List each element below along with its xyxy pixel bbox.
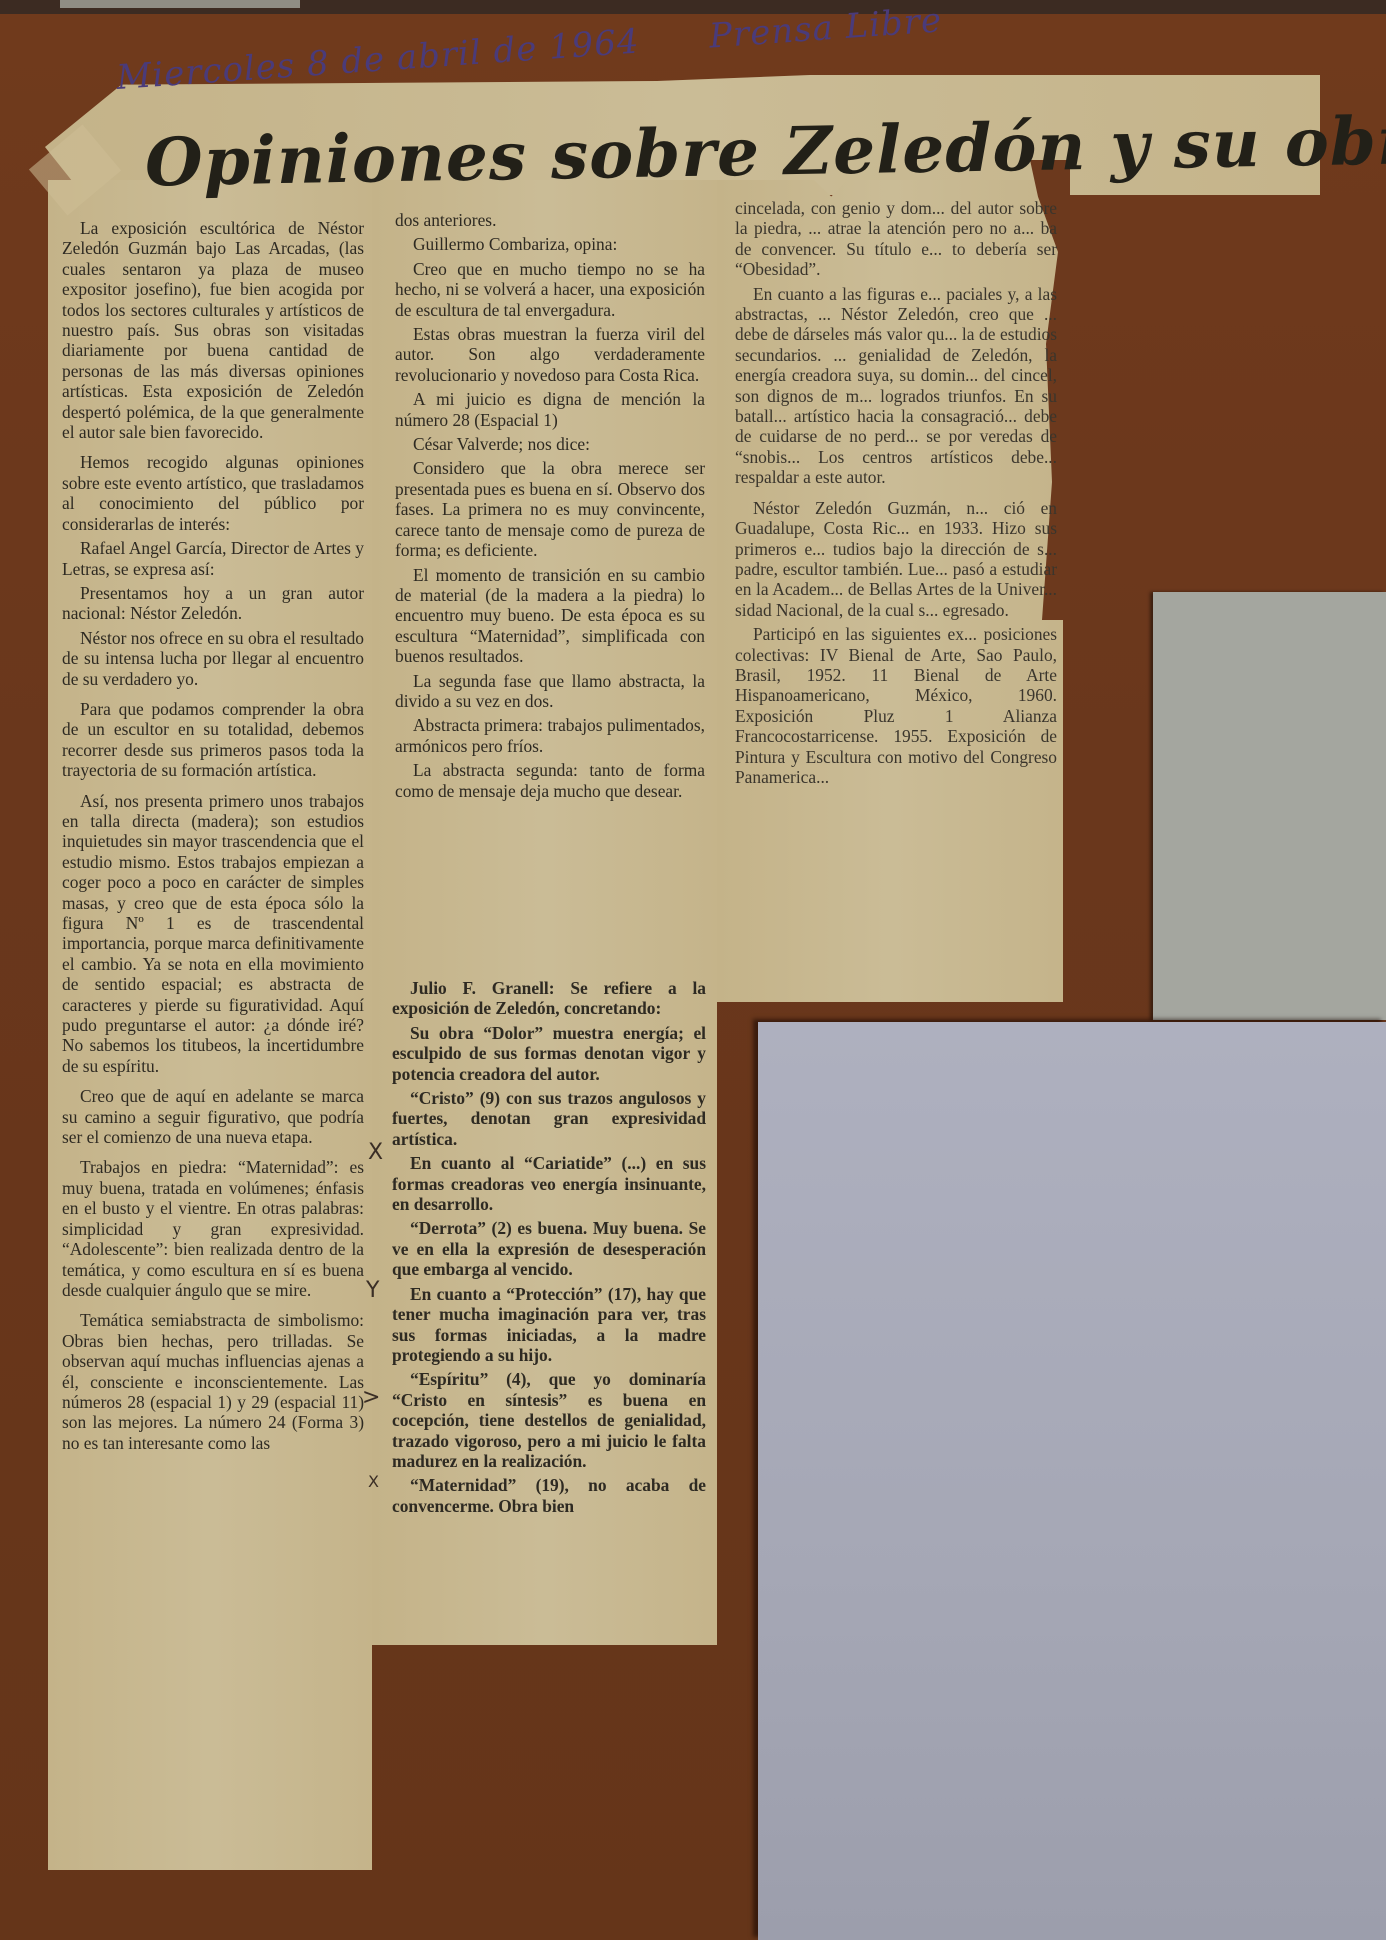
margin-mark-x: X — [368, 1472, 379, 1491]
margin-mark-x: X — [368, 1140, 383, 1165]
paragraph: Hemos recogido algunas opiniones sobre e… — [62, 452, 364, 534]
paragraph: Rafael Angel García, Director de Artes y… — [62, 538, 364, 579]
paragraph: Creo que en mucho tiempo no se ha hecho,… — [395, 259, 705, 320]
paragraph: A mi juicio es digna de mención la númer… — [395, 389, 705, 430]
paragraph: Para que podamos comprender la obra de u… — [62, 699, 364, 781]
paragraph: Guillermo Combariza, opina: — [395, 234, 705, 254]
article-column-2-continued: Julio F. Granell: Se refiere a la exposi… — [392, 978, 706, 1520]
paragraph: En cuanto al “Cariatide” (...) en sus fo… — [392, 1153, 706, 1214]
paragraph: La segunda fase que llamo abstracta, la … — [395, 671, 705, 712]
top-edge-strip — [0, 0, 1386, 14]
paragraph: cincelada, con genio y dom... del autor … — [735, 198, 1057, 280]
paragraph: La exposición escultórica de Néstor Zele… — [62, 218, 364, 442]
paragraph: dos anteriores. — [395, 210, 705, 230]
paragraph: “Cristo” (9) con sus trazos angulosos y … — [392, 1088, 706, 1149]
paragraph: “Derrota” (2) es buena. Muy buena. Se ve… — [392, 1218, 706, 1279]
article-column-3: cincelada, con genio y dom... del autor … — [735, 198, 1057, 791]
margin-mark-chevron: > — [362, 1385, 380, 1410]
paragraph: Considero que la obra merece ser present… — [395, 458, 705, 560]
article-column-1: La exposición escultórica de Néstor Zele… — [62, 218, 364, 1457]
paragraph: Así, nos presenta primero unos trabajos … — [62, 791, 364, 1077]
paragraph: Temática semiabstracta de simbolismo: Ob… — [62, 1310, 364, 1453]
paragraph: Participó en las siguientes ex... posici… — [735, 624, 1057, 787]
paragraph: En cuanto a las figuras e... paciales y,… — [735, 284, 1057, 488]
paragraph: El momento de transición en su cambio de… — [395, 565, 705, 667]
margin-mark-y: Y — [366, 1278, 379, 1303]
grey-card — [1153, 592, 1386, 1020]
paragraph: Néstor nos ofrece en su obra el resultad… — [62, 628, 364, 689]
lavender-paper-sheet — [758, 1022, 1386, 1940]
paragraph: En cuanto a “Protección” (17), hay que t… — [392, 1284, 706, 1366]
paragraph: Su obra “Dolor” muestra energía; el escu… — [392, 1023, 706, 1084]
top-edge-tab — [60, 0, 300, 8]
paragraph: La abstracta segunda: tanto de forma com… — [395, 760, 705, 801]
paragraph: “Maternidad” (19), no acaba de convencer… — [392, 1475, 706, 1516]
paragraph: Néstor Zeledón Guzmán, n... ció en Guada… — [735, 498, 1057, 620]
paragraph: Abstracta primera: trabajos pulimentados… — [395, 715, 705, 756]
article-column-2: dos anteriores. Guillermo Combariza, opi… — [395, 210, 705, 805]
paragraph: Estas obras muestran la fuerza viril del… — [395, 324, 705, 385]
paragraph: Creo que de aquí en adelante se marca su… — [62, 1086, 364, 1147]
paragraph: Presentamos hoy a un gran autor nacional… — [62, 583, 364, 624]
paragraph: Trabajos en piedra: “Maternidad”: es muy… — [62, 1157, 364, 1300]
paragraph: Julio F. Granell: Se refiere a la exposi… — [392, 978, 706, 1019]
paragraph: “Espíritu” (4), que yo dominaría “Cristo… — [392, 1369, 706, 1471]
paragraph: César Valverde; nos dice: — [395, 434, 705, 454]
